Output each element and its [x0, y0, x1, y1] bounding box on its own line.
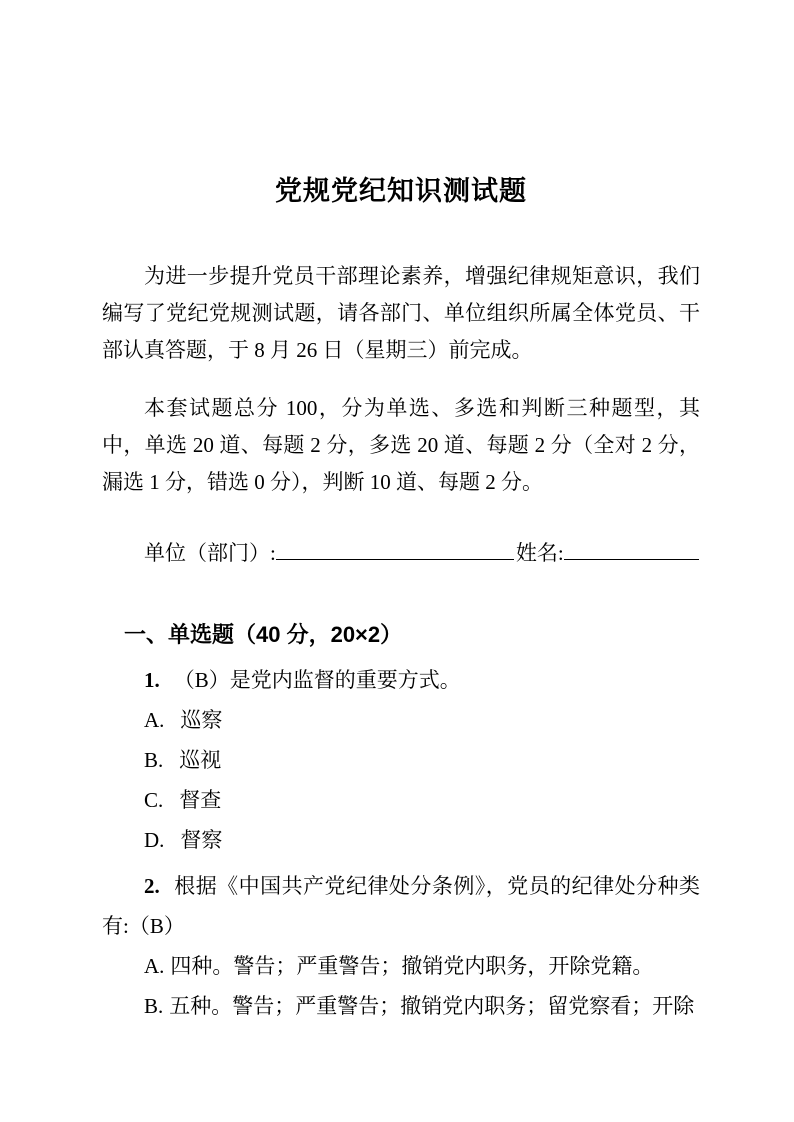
section-heading-single-choice: 一、单选题（40 分，20×2）: [102, 616, 700, 654]
document-title: 党规党纪知识测试题: [102, 172, 700, 210]
option-text: 督察: [180, 828, 222, 852]
unit-label: 单位（部门）:: [144, 541, 276, 565]
option-text: 五种。警告；严重警告；撤销党内职务；留党察看；开除: [169, 994, 694, 1018]
respondent-info-line: 单位（部门）:姓名:: [102, 535, 700, 572]
question-1-option-b: B.巡视: [102, 740, 700, 780]
question-1: 1.（B）是党内监督的重要方式。 A.巡察 B.巡视 C.督查 D.督察: [102, 660, 700, 860]
question-1-option-a: A.巡察: [102, 700, 700, 740]
option-letter: A.: [144, 946, 164, 986]
option-text: 巡视: [179, 748, 221, 772]
name-label: 姓名:: [516, 541, 564, 565]
question-1-option-d: D.督察: [102, 820, 700, 860]
document-page: 党规党纪知识测试题 为进一步提升党员干部理论素养，增强纪律规矩意识，我们编写了党…: [0, 0, 794, 1122]
question-2-option-a: A.四种。警告；严重警告；撤销党内职务，开除党籍。: [102, 946, 700, 986]
option-letter: B.: [144, 740, 163, 780]
intro-paragraph-2: 本套试题总分 100，分为单选、多选和判断三种题型，其中，单选 20 道、每题 …: [102, 390, 700, 501]
question-2-stem: 根据《中国共产党纪律处分条例》，党员的纪律处分种类有:（B）: [102, 874, 700, 938]
question-2-number: 2.: [144, 874, 160, 898]
option-letter: D.: [144, 820, 164, 860]
option-text: 督查: [179, 788, 221, 812]
question-2-stem-line: 2.根据《中国共产党纪律处分条例》，党员的纪律处分种类有:（B）: [102, 866, 700, 946]
option-letter: A.: [144, 700, 164, 740]
unit-blank-line: [276, 539, 514, 560]
question-2-option-b: B.五种。警告；严重警告；撤销党内职务；留党察看；开除: [102, 986, 700, 1026]
question-1-stem: （B）是党内监督的重要方式。: [174, 668, 461, 692]
intro-paragraph-1: 为进一步提升党员干部理论素养，增强纪律规矩意识，我们编写了党纪党规测试题，请各部…: [102, 258, 700, 369]
question-1-option-c: C.督查: [102, 780, 700, 820]
option-letter: B.: [144, 986, 163, 1026]
name-blank-line: [564, 539, 699, 560]
question-2: 2.根据《中国共产党纪律处分条例》，党员的纪律处分种类有:（B） A.四种。警告…: [102, 866, 700, 1026]
question-1-stem-line: 1.（B）是党内监督的重要方式。: [102, 660, 700, 700]
option-letter: C.: [144, 780, 163, 820]
option-text: 巡察: [180, 708, 222, 732]
question-1-number: 1.: [144, 668, 160, 692]
option-text: 四种。警告；严重警告；撤销党内职务，开除党籍。: [170, 954, 653, 978]
